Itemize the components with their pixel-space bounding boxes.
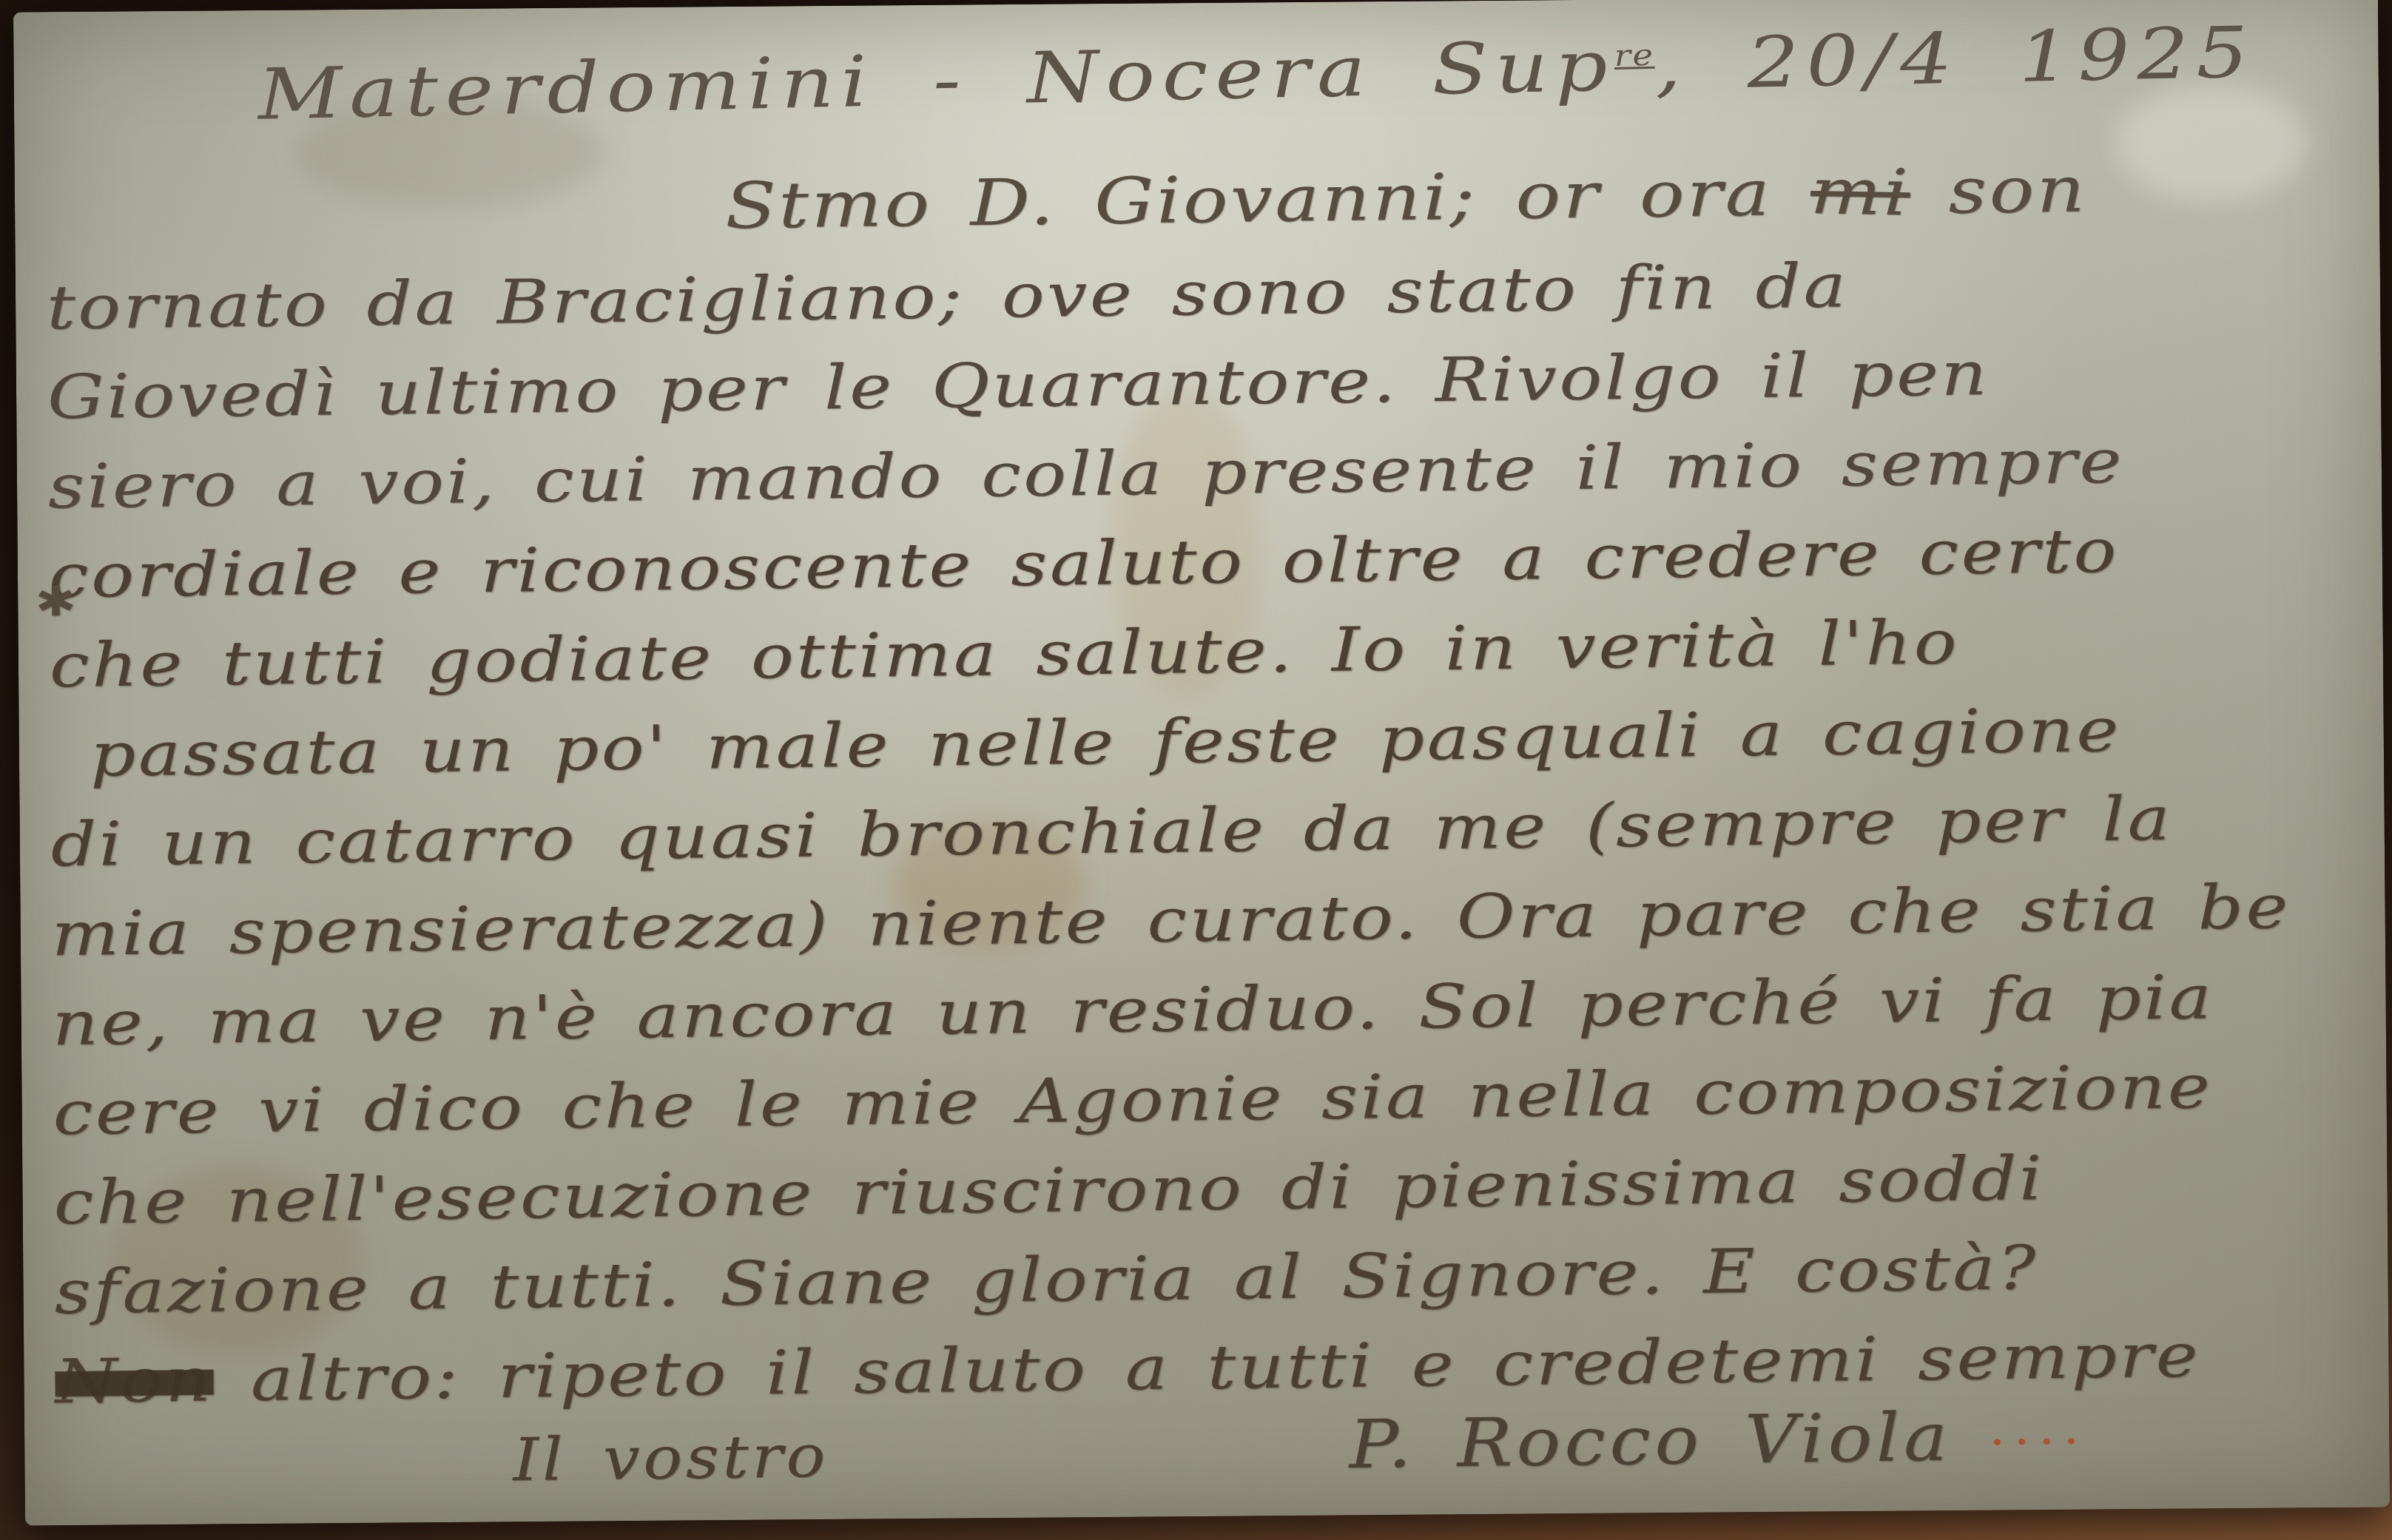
dateline-superscript: re bbox=[1614, 38, 1655, 73]
postcard: Materdomini - Nocera Supre, 20/4 1925 St… bbox=[13, 0, 2390, 1526]
dateline: Materdomini - Nocera Supre, 20/4 1925 bbox=[256, 0, 2392, 158]
line-text: cordiale e riconoscente saluto oltre a c… bbox=[48, 516, 2119, 611]
signature: P. Rocco Viola bbox=[1349, 1398, 1952, 1483]
valediction: Il vostro bbox=[513, 1421, 829, 1493]
scratched-word: Non bbox=[55, 1345, 214, 1417]
handwritten-text: Materdomini - Nocera Supre, 20/4 1925 St… bbox=[13, 0, 2390, 1526]
salutation-text-after: son bbox=[1910, 152, 2088, 229]
struck-word: mi bbox=[1809, 140, 1911, 245]
dateline-place: Materdomini - Nocera Sup bbox=[257, 26, 1615, 136]
red-ink-marks: .... bbox=[1988, 1400, 2088, 1456]
photo-of-postcard: { "postcard": { "dateline": { "place": "… bbox=[0, 0, 2392, 1540]
salutation-text: Stmo D. Giovanni; or ora bbox=[724, 156, 1810, 243]
dateline-date: , 20/4 1925 bbox=[1654, 12, 2256, 106]
